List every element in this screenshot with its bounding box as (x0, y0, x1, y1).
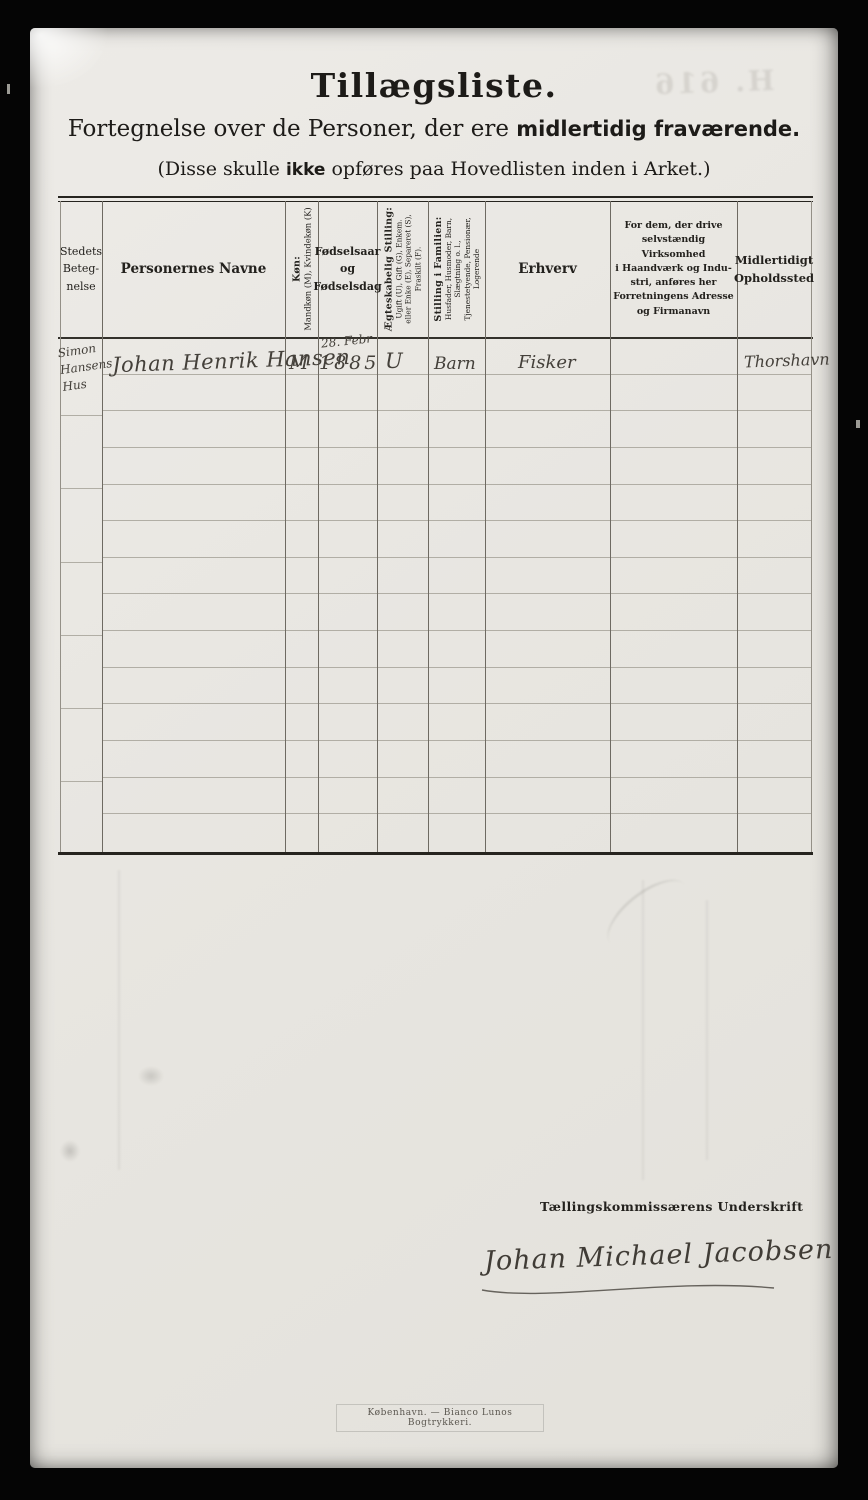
bleedthrough-line (118, 870, 120, 1170)
header-bottom-rule (58, 337, 813, 339)
bleedthrough-line (706, 900, 708, 1160)
grid-line (60, 635, 102, 636)
entry-marital: U (385, 349, 403, 373)
grid-line (102, 557, 811, 558)
col-header-family: Stilling i Familien:Husfader, Husmoder, … (428, 201, 485, 337)
page-note: (Disse skulle ikke opføres paa Hovedlist… (30, 158, 838, 180)
col-header-marital-head: Ægteskabelig Stilling: (383, 202, 394, 336)
col-header-occupation: Erhverv (485, 201, 610, 337)
signature-flourish (478, 1276, 778, 1302)
scanner-speck (856, 420, 860, 428)
col-header-sex-rest: Mandkøn (M), Kvindekøn (K) (302, 202, 313, 336)
entry-occupation: Fisker (518, 352, 576, 373)
grid-line (60, 708, 102, 709)
crease-mark (60, 1140, 80, 1162)
note-prefix: (Disse skulle (157, 158, 285, 180)
scanner-speck (7, 84, 10, 94)
col-header-family-rest: Husfader, Husmoder, Barn, Slægtning o. l… (444, 202, 481, 336)
entry-family-position: Barn (434, 354, 476, 374)
col-header-business: For dem, der drive selvstændig Virksomhe… (610, 201, 737, 337)
census-table: Stedets Beteg- nelse Personernes Navne K… (58, 196, 813, 858)
col-header-residence: Midlertidigt Opholdssted (737, 201, 811, 337)
bleedthrough-line (642, 880, 644, 1180)
printer-imprint: København. — Bianco Lunos Bogtrykkeri. (336, 1404, 544, 1432)
grid-line (102, 667, 811, 668)
page-subtitle: Fortegnelse over de Personer, der ere mi… (30, 116, 838, 142)
col-header-birth: Fødselsaar og Fødselsdag (318, 201, 377, 337)
col-header-sex-head: Køn: (291, 202, 302, 336)
entry-birth-year: 1885 (319, 352, 379, 374)
grid-line (102, 813, 811, 814)
grid-line (60, 415, 102, 416)
grid-line (102, 703, 811, 704)
grid-line (60, 562, 102, 563)
grid-line (102, 630, 811, 631)
grid-line (102, 777, 811, 778)
grid-line (60, 488, 102, 489)
entry-name: Johan Henrik Hansen (112, 345, 351, 377)
scanned-census-page: H. 616 Tillægsliste. Fortegnelse over de… (0, 0, 868, 1500)
grid-line (102, 593, 811, 594)
col-header-marital: Ægteskabelig Stilling:Ugift (U), Gift (G… (377, 201, 428, 337)
note-suffix: opføres paa Hovedlisten inden i Arket.) (325, 158, 710, 180)
col-header-marital-rest: Ugift (U), Gift (G), Enkem. eller Enke (… (394, 202, 422, 336)
grid-line (102, 484, 811, 485)
subtitle-prefix: Fortegnelse over de Personer, der ere (68, 116, 516, 142)
grid-line (811, 201, 812, 852)
col-header-place: Stedets Beteg- nelse (60, 201, 102, 337)
subtitle-bold: midlertidig fraværende. (516, 117, 800, 141)
entry-temporary-residence: Thorshavn (744, 350, 830, 372)
grid-line (102, 740, 811, 741)
entry-place: Simon Hansens Hus (57, 339, 110, 395)
grid-line (60, 781, 102, 782)
note-bold: ikke (286, 160, 326, 180)
col-header-name: Personernes Navne (102, 201, 285, 337)
grid-line (102, 410, 811, 411)
grid-line (102, 520, 811, 521)
entry-sex: M (289, 352, 308, 374)
ink-smudge (138, 1066, 164, 1086)
table-top-rule (58, 196, 813, 198)
table-bottom-rule (58, 852, 813, 855)
col-header-family-head: Stilling i Familien: (433, 202, 444, 336)
signature-label: Tællingskommissærens Underskrift (540, 1199, 803, 1214)
grid-line (102, 447, 811, 448)
page-title: Tillægsliste. (30, 66, 838, 105)
